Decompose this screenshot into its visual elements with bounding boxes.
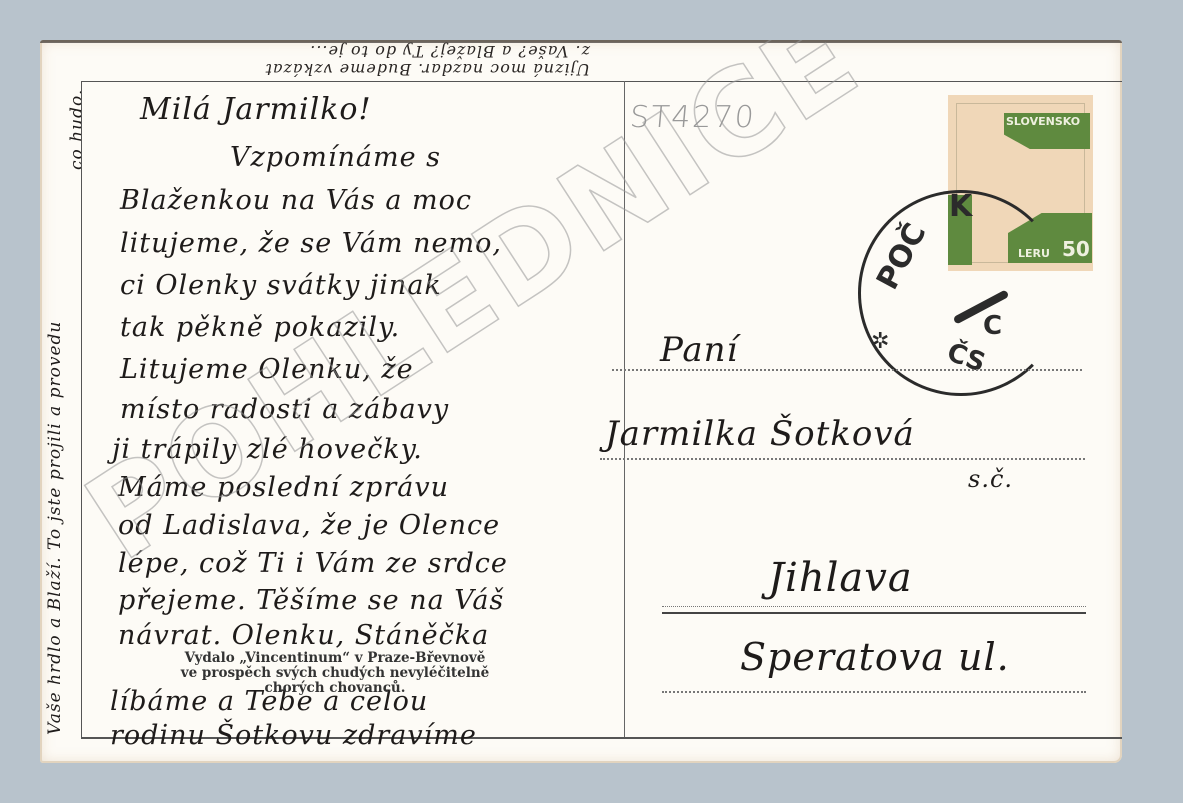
address-street: Speratova ul. xyxy=(740,635,1010,679)
message-line: rodinu Šotkovu zdravíme xyxy=(110,720,477,751)
message-line: ji trápily zlé hovečky. xyxy=(112,434,423,465)
postmark-fragment: ČS xyxy=(943,337,989,378)
address-house-number: s.č. xyxy=(968,465,1013,493)
message-line: ci Olenky svátky jinak xyxy=(120,270,442,301)
address-title: Paní xyxy=(660,330,738,370)
message-line: Vzpomínáme s xyxy=(230,142,441,173)
postmark-star-icon: ✲ xyxy=(871,329,889,354)
address-name: Jarmilka Šotková xyxy=(605,414,915,454)
message-line: přejeme. Těšíme se na Váš xyxy=(118,585,504,616)
postmark-town: POČ xyxy=(870,218,934,296)
stamp-denomination: 50 xyxy=(1062,237,1090,261)
address-line-3 xyxy=(662,606,1086,607)
postmark: POČ K C ČS ✲ xyxy=(858,190,1064,396)
message-line: lépe, což Ti i Vám ze srdce xyxy=(118,548,508,579)
address-city-underline xyxy=(662,612,1086,614)
top-margin-note-line-1: Ujizná moc nazdar. Budeme vzkázat xyxy=(70,60,590,78)
message-line: návrat. Olenku, Stáněčka xyxy=(118,620,489,651)
message-line: tak pěkně pokazily. xyxy=(120,312,400,343)
address-line-4 xyxy=(662,691,1086,693)
side-margin-note-line-1: Vaše hrdlo a Blaží. To jste projili a pr… xyxy=(44,95,66,735)
message-line: litujeme, že se Vám nemo, xyxy=(120,228,502,259)
message-line: Blaženkou na Vás a moc xyxy=(120,185,472,216)
postmark-fragment: C xyxy=(983,311,1002,341)
publisher-note-line-1: Vydalo „Vincentinum“ v Praze-Břevnově xyxy=(100,651,570,666)
reference-code: ST4270 xyxy=(628,100,757,135)
message-line: Litujeme Olenku, že xyxy=(120,354,414,385)
postmark-fragment: K xyxy=(949,189,972,224)
top-margin-note: Ujizná moc nazdar. Budeme vzkázat z. Vaš… xyxy=(70,42,590,78)
message-line: Máme poslední zprávu xyxy=(118,472,449,503)
top-margin-note-line-2: z. Vaše? a Blažej? Ty do to je... xyxy=(70,42,590,60)
publisher-note-line-2: ve prospěch svých chudých nevyléčitelně xyxy=(100,666,570,681)
postcard: Ujizná moc nazdar. Budeme vzkázat z. Vaš… xyxy=(40,40,1122,763)
address-line-1 xyxy=(612,369,1082,371)
salutation: Milá Jarmilko! xyxy=(140,92,372,127)
message-line: od Ladislava, že je Olence xyxy=(118,510,500,541)
message-address-divider xyxy=(624,81,625,737)
stamp-country: SLOVENSKO xyxy=(1006,115,1080,128)
address-city: Jihlava xyxy=(768,555,913,601)
publisher-note-line-3: chorých chovanců. xyxy=(100,681,570,696)
message-line: místo radosti a zábavy xyxy=(120,394,449,425)
address-line-2 xyxy=(600,458,1085,460)
publisher-note: Vydalo „Vincentinum“ v Praze-Břevnově ve… xyxy=(100,651,570,696)
